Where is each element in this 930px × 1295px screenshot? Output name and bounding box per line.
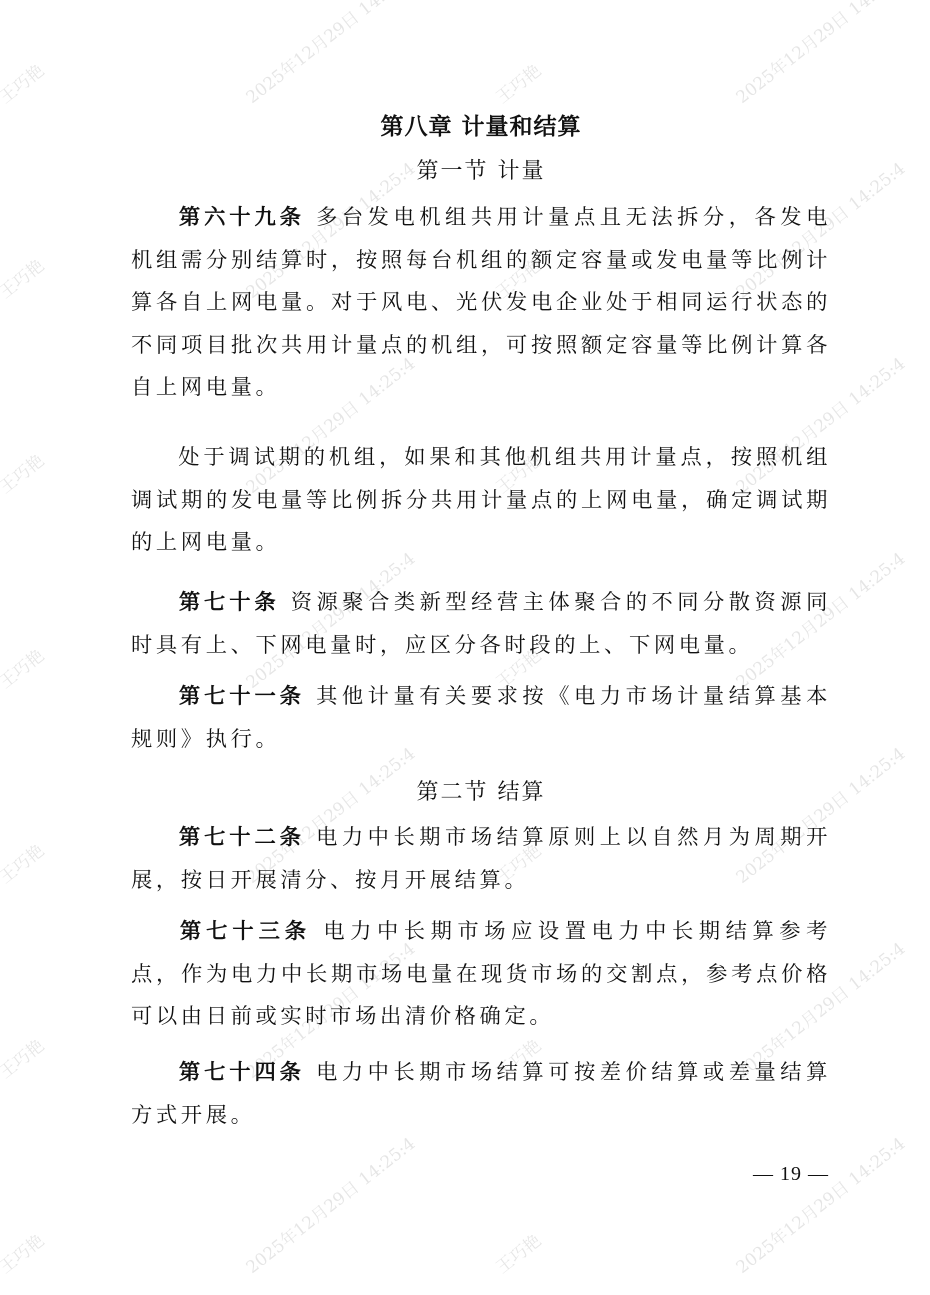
watermark-name: 王巧艳 (0, 57, 48, 108)
chapter-title: 第八章 计量和结算 (131, 108, 831, 141)
watermark-name: 王巧艳 (0, 252, 48, 303)
article-label: 第七十四条 (178, 1060, 305, 1085)
watermark-timestamp: 2025年12月29日 14:25:4 (730, 1130, 910, 1278)
article-69: 第六十九条 多台发电机组共用计量点且无法拆分，各发电机组需分别结算时，按照每台机… (131, 197, 831, 410)
article-74: 第七十四条 电力中长期市场结算可按差价结算或差量结算方式开展。 (131, 1052, 831, 1137)
article-label: 第七十二条 (178, 825, 305, 850)
watermark-timestamp: 2025年12月29日 14:25:4 (240, 0, 420, 108)
article-label: 第七十条 (178, 590, 280, 615)
article-text: 处于调试期的机组，如果和其他机组共用计量点，按照机组调试期的发电量等比例拆分共用… (131, 445, 831, 555)
article-73: 第七十三条 电力中长期市场应设置电力中长期结算参考点，作为电力中长期市场电量在现… (131, 911, 831, 1039)
watermark-name: 王巧艳 (0, 642, 48, 693)
watermark-name: 王巧艳 (0, 837, 48, 888)
article-label: 第七十一条 (178, 684, 305, 709)
article-71: 第七十一条 其他计量有关要求按《电力市场计量结算基本规则》执行。 (131, 676, 831, 761)
watermark-name: 王巧艳 (0, 1227, 48, 1278)
watermark-name: 王巧艳 (490, 57, 546, 108)
section-title-settlement: 第二节 结算 (131, 775, 831, 806)
article-69-paragraph-2: 处于调试期的机组，如果和其他机组共用计量点，按照机组调试期的发电量等比例拆分共用… (131, 437, 831, 565)
watermark-name: 王巧艳 (490, 1227, 546, 1278)
article-72: 第七十二条 电力中长期市场结算原则上以自然月为周期开展，按日开展清分、按月开展结… (131, 817, 831, 902)
watermark-timestamp: 2025年12月29日 14:25:4 (240, 1130, 420, 1278)
page-number: — 19 — (753, 1163, 829, 1186)
section-title-metering: 第一节 计量 (131, 154, 831, 185)
article-text: 多台发电机组共用计量点且无法拆分，各发电机组需分别结算时，按照每台机组的额定容量… (131, 205, 831, 400)
watermark-name: 王巧艳 (0, 1032, 48, 1083)
article-label: 第七十三条 (178, 919, 311, 944)
article-70: 第七十条 资源聚合类新型经营主体聚合的不同分散资源同时具有上、下网电量时，应区分… (131, 582, 831, 667)
watermark-timestamp: 2025年12月29日 14:25:4 (730, 0, 910, 108)
watermark-name: 王巧艳 (0, 447, 48, 498)
article-label: 第六十九条 (178, 205, 305, 230)
